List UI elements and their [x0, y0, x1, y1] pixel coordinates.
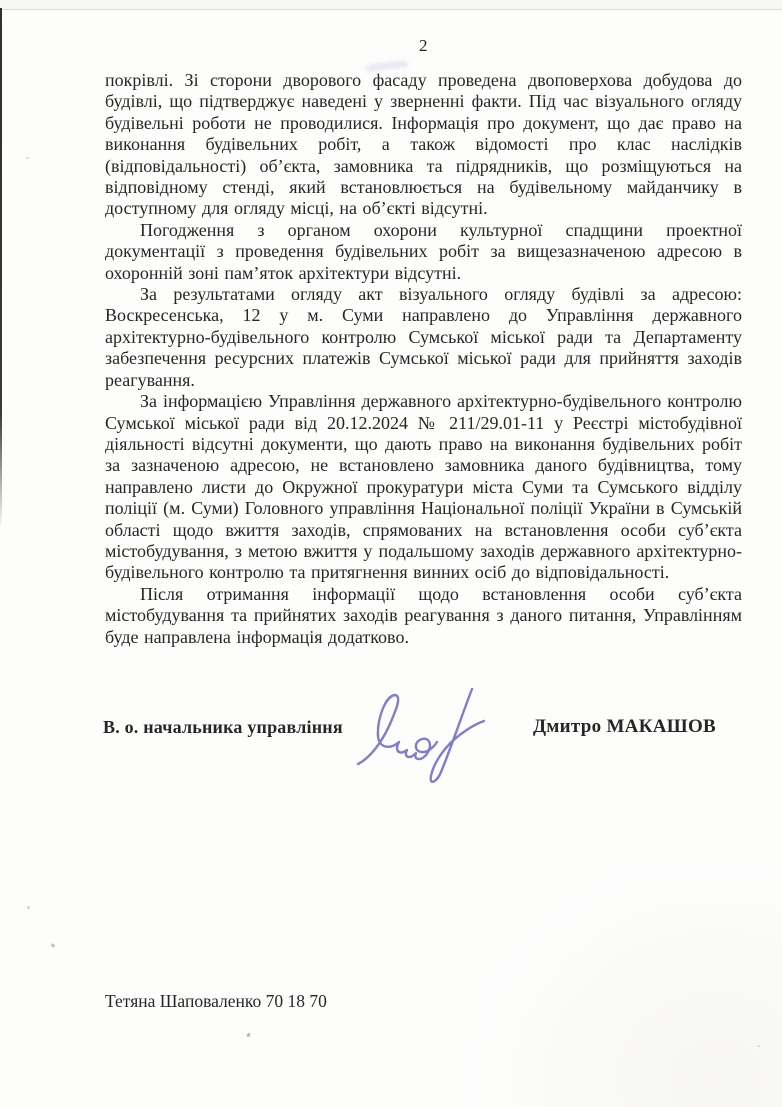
letter-body: покрівлі. Зі сторони дворового фасаду пр… [105, 70, 742, 648]
scan-edge-artifact-top [0, 0, 782, 10]
scan-edge-artifact-left [0, 8, 2, 528]
scanned-letter-page: 2 покрівлі. Зі сторони дворового фасаду … [0, 0, 782, 1107]
body-paragraph: За результатами огляду акт візуального о… [105, 284, 742, 391]
body-paragraph: Погодження з органом охорони культурної … [105, 220, 742, 284]
signature-ink [350, 686, 495, 791]
signer-position-label: В. о. начальника управління [103, 717, 343, 738]
page-number: 2 [105, 36, 742, 56]
body-paragraph: покрівлі. Зі сторони дворового фасаду пр… [105, 70, 742, 220]
signer-name: Дмитро МАКАШОВ [533, 716, 716, 738]
executor-footer-note: Тетяна Шаповаленко 70 18 70 [105, 991, 327, 1012]
scan-speck [26, 157, 29, 159]
scan-speck [51, 943, 56, 948]
body-paragraph: За інформацією Управління державного арх… [105, 391, 742, 584]
body-paragraph: Після отримання інформації щодо встановл… [105, 584, 742, 648]
scan-speck [246, 1033, 250, 1038]
scan-speck [27, 906, 30, 909]
scan-shading [452, 847, 782, 1107]
